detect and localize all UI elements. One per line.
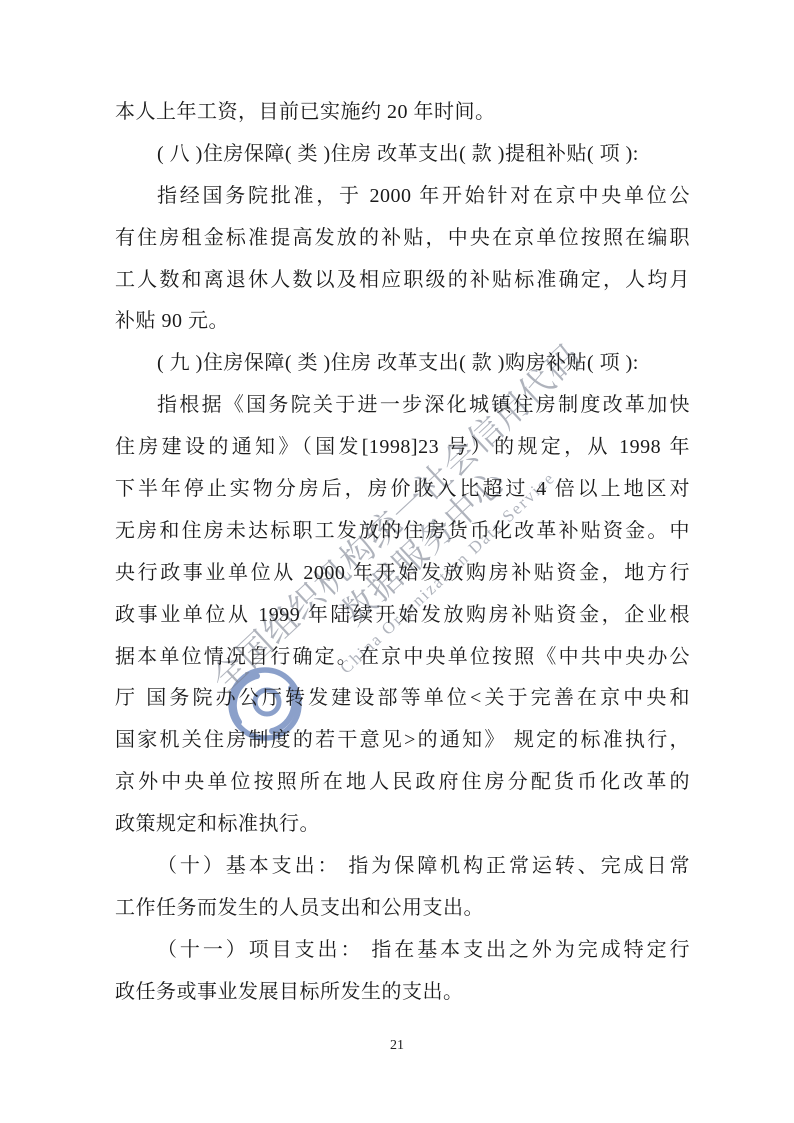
text-line: 政事业单位从 1999 年陆续开始发放购房补贴资金，企业根 [115, 595, 690, 637]
text-line: 政任务或事业发展目标所发生的支出。 [115, 972, 690, 1014]
text-line: 国家机关住房制度的若干意见>的通知》 规定的标准执行， [115, 720, 690, 762]
text-line: 指根据《国务院关于进一步深化城镇住房制度改革加快 [115, 385, 690, 427]
text-line: （十一）项目支出： 指在基本支出之外为完成特定行 [115, 930, 690, 972]
text-line: 本人上年工资，目前已实施约 20 年时间。 [115, 92, 690, 134]
text-line: 下半年停止实物分房后，房价收入比超过 4 倍以上地区对 [115, 469, 690, 511]
text-line: ( 八 )住房保障( 类 )住房 改革支出( 款 )提租补贴( 项 ): [115, 134, 690, 176]
text-line: 补贴 90 元。 [115, 301, 690, 343]
document-page: 全国组织机构统一社会信用代码 数据服务中心 China Organization… [0, 0, 794, 1123]
text-line: 据本单位情况自行确定。在京中央单位按照《中共中央办公 [115, 637, 690, 679]
page-number: 21 [0, 1038, 794, 1054]
text-line: 工作任务而发生的人员支出和公用支出。 [115, 888, 690, 930]
text-line: （十）基本支出： 指为保障机构正常运转、完成日常 [115, 846, 690, 888]
text-line: 京外中央单位按照所在地人民政府住房分配货币化改革的 [115, 762, 690, 804]
text-line: 无房和住房未达标职工发放的住房货币化改革补贴资金。中 [115, 511, 690, 553]
document-body: 本人上年工资，目前已实施约 20 年时间。( 八 )住房保障( 类 )住房 改革… [115, 92, 690, 1014]
text-line: ( 九 )住房保障( 类 )住房 改革支出( 款 )购房补贴( 项 ): [115, 343, 690, 385]
text-line: 住房建设的通知》（国发[1998]23 号）的规定，从 1998 年 [115, 427, 690, 469]
text-line: 厅 国务院办公厅转发建设部等单位<关于完善在京中央和 [115, 678, 690, 720]
text-line: 有住房租金标准提高发放的补贴，中央在京单位按照在编职 [115, 218, 690, 260]
text-line: 政策规定和标准执行。 [115, 804, 690, 846]
text-line: 指经国务院批准，于 2000 年开始针对在京中央单位公 [115, 176, 690, 218]
text-line: 工人数和离退休人数以及相应职级的补贴标准确定，人均月 [115, 260, 690, 302]
text-line: 央行政事业单位从 2000 年开始发放购房补贴资金，地方行 [115, 553, 690, 595]
